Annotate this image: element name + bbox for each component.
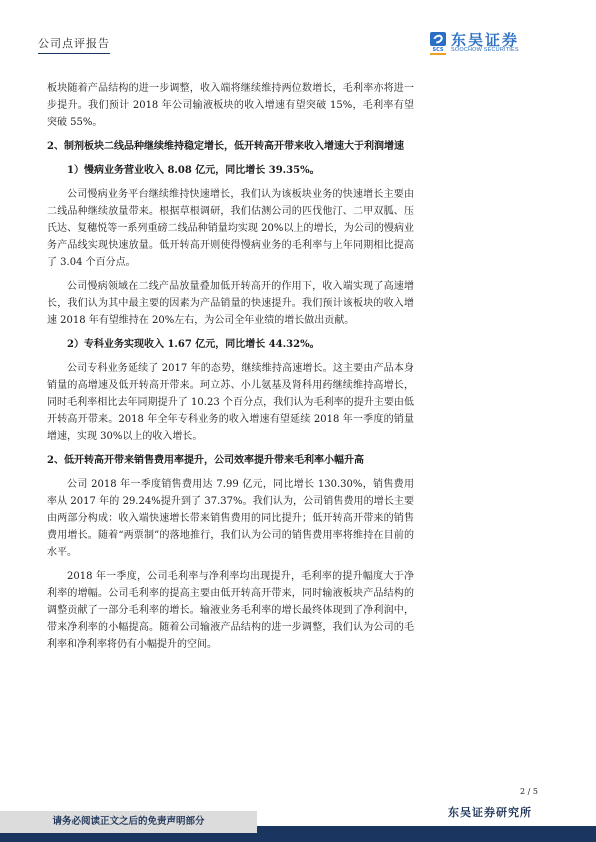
section-heading: 2、制剂板块二线品种继续维持稳定增长，低开转高开带来收入增速大于利润增速 (47, 138, 414, 155)
subsection-heading: 1）慢病业务营业收入 8.08 亿元，同比增长 39.35%。 (47, 162, 414, 179)
intro-paragraph: 板块随着产品结构的进一步调整，收入端将继续维持两位数增长，毛利率亦将进一步提升。… (47, 80, 414, 131)
section-heading: 2、低开转高开带来销售费用率提升，公司效率提升带来毛利率小幅升高 (47, 452, 414, 469)
paragraph: 公司专科业务延续了 2017 年的态势，继续维持高速增长。这主要由产品本身销量的… (47, 360, 414, 445)
report-body: 板块随着产品结构的进一步调整，收入端将继续维持两位数增长，毛利率亦将进一步提升。… (47, 80, 414, 653)
report-type-label: 公司点评报告 (38, 35, 110, 54)
paragraph: 公司慢病业务平台继续维持快速增长，我们认为该板块业务的快速增长主要由二线品种继续… (47, 186, 414, 271)
company-logo: SCS 东吴证券 SOOCHOW SECURITIES (430, 32, 560, 58)
logo-mark-text: SCS (430, 47, 446, 55)
disclaimer-note: 请务必阅读正文之后的免责声明部分 (0, 811, 257, 833)
page-number: 2 / 5 (520, 787, 538, 796)
soochow-logo-icon (430, 32, 446, 46)
subsection-heading: 2）专科业务实现收入 1.67 亿元，同比增长 44.32%。 (47, 336, 414, 353)
footer-org-name: 东吴证券研究所 (448, 804, 532, 820)
paragraph: 公司 2018 年一季度销售费用达 7.99 亿元，同比增长 130.30%，销… (47, 476, 414, 561)
logo-en-text: SOOCHOW SECURITIES (451, 47, 519, 53)
paragraph: 公司慢病领域在二线产品放量叠加低开转高开的作用下，收入端实现了高速增长，我们认为… (47, 278, 414, 329)
paragraph: 2018 年一季度，公司毛利率与净利率均出现提升，毛利率的提升幅度大于净利率的增… (47, 568, 414, 653)
